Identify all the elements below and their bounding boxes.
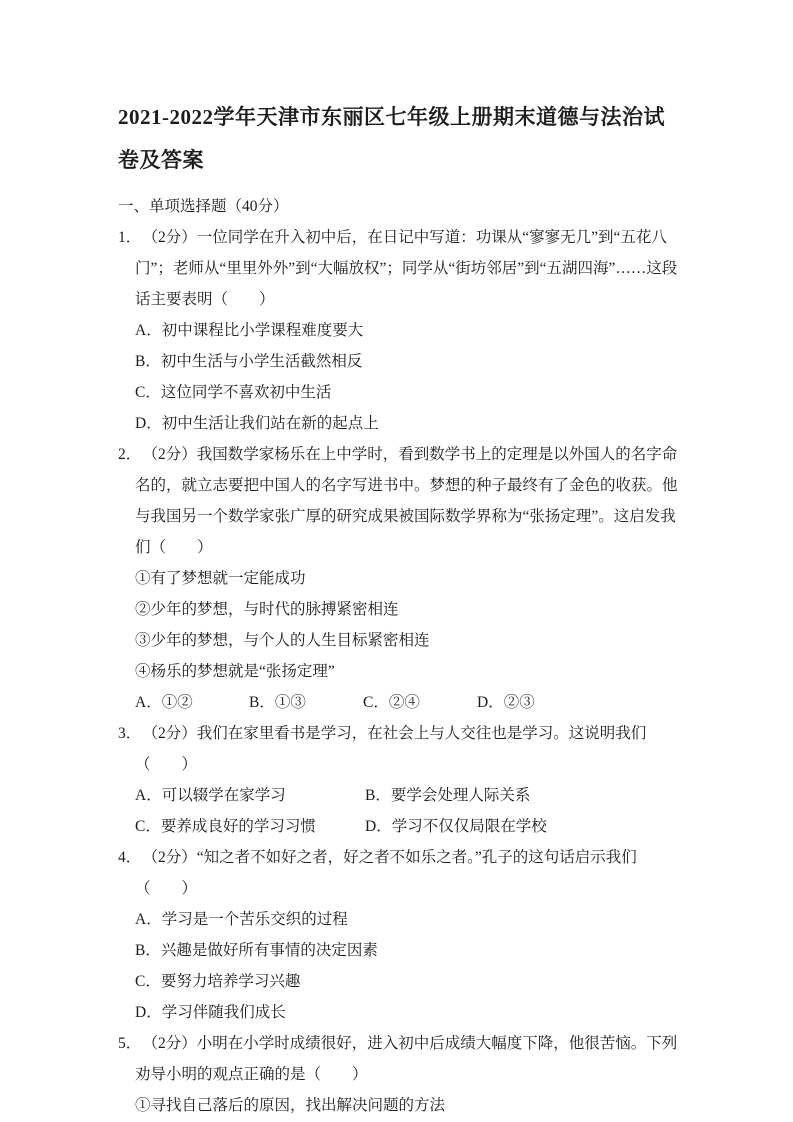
options-grid: A．可以辍学在家学习 B．要学会处理人际关系 C．要养成良好的学习习惯 D．学习… [118,780,681,842]
question-2: 2．（2分）我国数学家杨乐在上中学时，看到数学书上的定理是以外国人的名字命名的，… [118,439,681,718]
question-stem-text: （2分）小明在小学时成绩很好，进入初中后成绩大幅度下降，他很苦恼。下列劝导小明的… [135,1035,677,1083]
question-number: 5． [118,1035,141,1052]
question-stem: 2．（2分）我国数学家杨乐在上中学时，看到数学书上的定理是以外国人的名字命名的，… [118,439,681,563]
question-stem-text: （2分）我国数学家杨乐在上中学时，看到数学书上的定理是以外国人的名字命名的，就立… [135,446,678,556]
option-d: D．学习不仅仅局限在学校 [365,811,681,842]
question-1: 1．（2分）一位同学在升入初中后，在日记中写道：功课从“寥寥无几”到“五花八门”… [118,222,681,439]
question-number: 1． [118,229,141,246]
question-stem-text: （2分）一位同学在升入初中后，在日记中写道：功课从“寥寥无几”到“五花八门”；老… [135,229,677,308]
option-c: C．要努力培养学习兴趣 [135,966,681,997]
choice-a: A．①② [135,687,249,718]
question-stem: 3．（2分）我们在家里看书是学习，在社会上与人交往也是学习。这说明我们（ ） [118,718,681,780]
option-d: D．初中生活让我们站在新的起点上 [135,408,681,439]
choice-c: C．②④ [363,687,477,718]
statement-1: ①有了梦想就一定能成功 [135,563,681,594]
question-number: 3． [118,725,141,742]
question-stem-text: （2分）“知之者不如好之者，好之者不如乐之者。”孔子的这句话启示我们（ ） [135,849,637,897]
statements-list: ①寻找自己落后的原因，找出解决问题的方法 [118,1090,681,1121]
option-a: A．可以辍学在家学习 [135,780,365,811]
statements-list: ①有了梦想就一定能成功 ②少年的梦想，与时代的脉搏紧密相连 ③少年的梦想，与个人… [118,563,681,687]
question-3: 3．（2分）我们在家里看书是学习，在社会上与人交往也是学习。这说明我们（ ） A… [118,718,681,842]
statement-1: ①寻找自己落后的原因，找出解决问题的方法 [135,1090,681,1121]
statement-2: ②少年的梦想，与时代的脉搏紧密相连 [135,594,681,625]
question-5: 5．（2分）小明在小学时成绩很好，进入初中后成绩大幅度下降，他很苦恼。下列劝导小… [118,1028,681,1121]
question-stem: 5．（2分）小明在小学时成绩很好，进入初中后成绩大幅度下降，他很苦恼。下列劝导小… [118,1028,681,1090]
question-number: 2． [118,446,141,463]
option-a: A．学习是一个苦乐交织的过程 [135,904,681,935]
page-title: 2021-2022学年天津市东丽区七年级上册期末道德与法治试卷及答案 [118,96,681,182]
choice-d: D．②③ [477,687,535,718]
choices-row: A．①② B．①③ C．②④ D．②③ [118,687,681,718]
question-stem: 4．（2分）“知之者不如好之者，好之者不如乐之者。”孔子的这句话启示我们（ ） [118,842,681,904]
option-a: A．初中课程比小学课程难度要大 [135,315,681,346]
statement-4: ④杨乐的梦想就是“张扬定理” [135,656,681,687]
question-stem: 1．（2分）一位同学在升入初中后，在日记中写道：功课从“寥寥无几”到“五花八门”… [118,222,681,315]
question-number: 4． [118,849,141,866]
option-c: C．要养成良好的学习习惯 [135,811,365,842]
option-b: B．初中生活与小学生活截然相反 [135,346,681,377]
question-stem-text: （2分）我们在家里看书是学习，在社会上与人交往也是学习。这说明我们（ ） [135,725,646,773]
option-d: D．学习伴随我们成长 [135,997,681,1028]
statement-3: ③少年的梦想，与个人的人生目标紧密相连 [135,625,681,656]
options-list: A．初中课程比小学课程难度要大 B．初中生活与小学生活截然相反 C．这位同学不喜… [118,315,681,439]
option-c: C．这位同学不喜欢初中生活 [135,377,681,408]
choice-b: B．①③ [249,687,363,718]
section-heading: 一、单项选择题（40分） [118,191,681,222]
option-b: B．兴趣是做好所有事情的决定因素 [135,935,681,966]
document-page: 2021-2022学年天津市东丽区七年级上册期末道德与法治试卷及答案 一、单项选… [0,0,793,1122]
question-4: 4．（2分）“知之者不如好之者，好之者不如乐之者。”孔子的这句话启示我们（ ） … [118,842,681,1028]
option-b: B．要学会处理人际关系 [365,780,681,811]
options-list: A．学习是一个苦乐交织的过程 B．兴趣是做好所有事情的决定因素 C．要努力培养学… [118,904,681,1028]
